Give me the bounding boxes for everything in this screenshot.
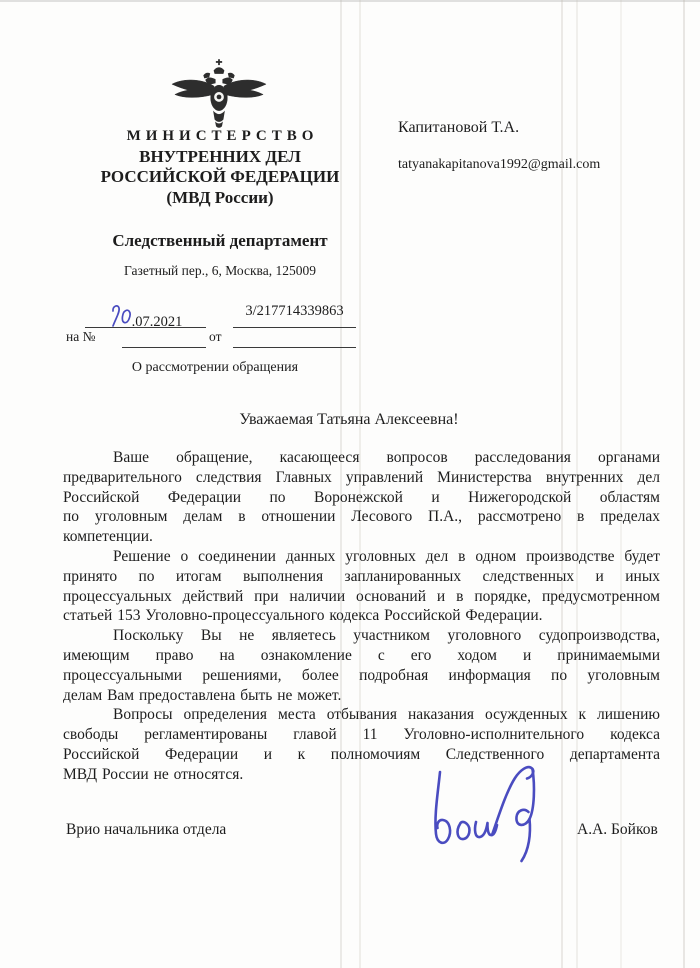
body-line: имеющим право на ознакомление с его ходо… [63,646,660,666]
ministry-line-1: МИНИСТЕРСТВО [58,126,382,147]
ministry-line-4: (МВД России) [58,188,382,209]
body-line: Вопросы определения места отбывания нака… [63,705,660,725]
ministry-line-3: РОССИЙСКОЙ ФЕДЕРАЦИИ [58,167,382,188]
ot-label: от [209,329,221,345]
body-line: процессуальными решениями, более подробн… [63,666,660,686]
body-line: МВД России не относятся. [63,765,660,785]
department-name: Следственный департамент [58,231,382,251]
department-address: Газетный пер., 6, Москва, 125009 [58,263,382,279]
body-line: по уголовным делам в отношении Лесового … [63,507,660,527]
body-line: компетенции. [63,527,660,547]
outgoing-date-field: .07.2021 [85,303,206,328]
salutation: Уважаемая Татьяна Алексеевна! [63,411,635,429]
letter-subject: О рассмотрении обращения [58,360,372,376]
body-line: Поскольку Вы не являетесь участником уго… [63,626,660,646]
outgoing-number-field: 3/217714339863 [233,303,356,328]
body-line: Ваше обращение, касающееся вопросов расс… [63,448,660,468]
body-line: статьей 153 Уголовно-процессуального код… [63,606,660,626]
ministry-line-2: ВНУТРЕННИХ ДЕЛ [58,147,382,168]
incoming-number-blank [122,327,206,348]
mvd-eagle-emblem-icon [170,58,268,130]
scan-edge-artifact [0,0,700,2]
body-line: Российской Федерации и к полномочиям Сле… [63,745,660,765]
body-line: Российской Федерации по Воронежской и Ни… [63,488,660,508]
body-line: предварительного следствия Главных управ… [63,468,660,488]
handwritten-signature [418,762,553,874]
body-line: принято по итогам выполнения запланирова… [63,567,660,587]
na-no-label: на № [66,329,95,345]
incoming-date-blank [233,327,356,348]
ministry-name-block: МИНИСТЕРСТВО ВНУТРЕННИХ ДЕЛ РОССИЙСКОЙ Ф… [58,126,382,208]
letter-body: Ваше обращение, касающееся вопросов расс… [63,448,660,785]
body-line: процессуальных действий при наличии осно… [63,587,660,607]
signer-name: А.А. Бойков [577,821,658,839]
body-line: свободы регламентированы главой 11 Уголо… [63,725,660,745]
body-line: делам Вам предоставлена быть не может. [63,686,660,706]
body-line: Решение о соединении данных уголовных де… [63,547,660,567]
scan-line-artifact [683,0,685,968]
recipient-name: Капитановой Т.А. [398,119,519,137]
signer-position: Врио начальника отдела [66,821,226,839]
scanned-letter-page: МИНИСТЕРСТВО ВНУТРЕННИХ ДЕЛ РОССИЙСКОЙ Ф… [0,0,700,968]
recipient-email: tatyanakapitanova1992@gmail.com [398,157,600,173]
